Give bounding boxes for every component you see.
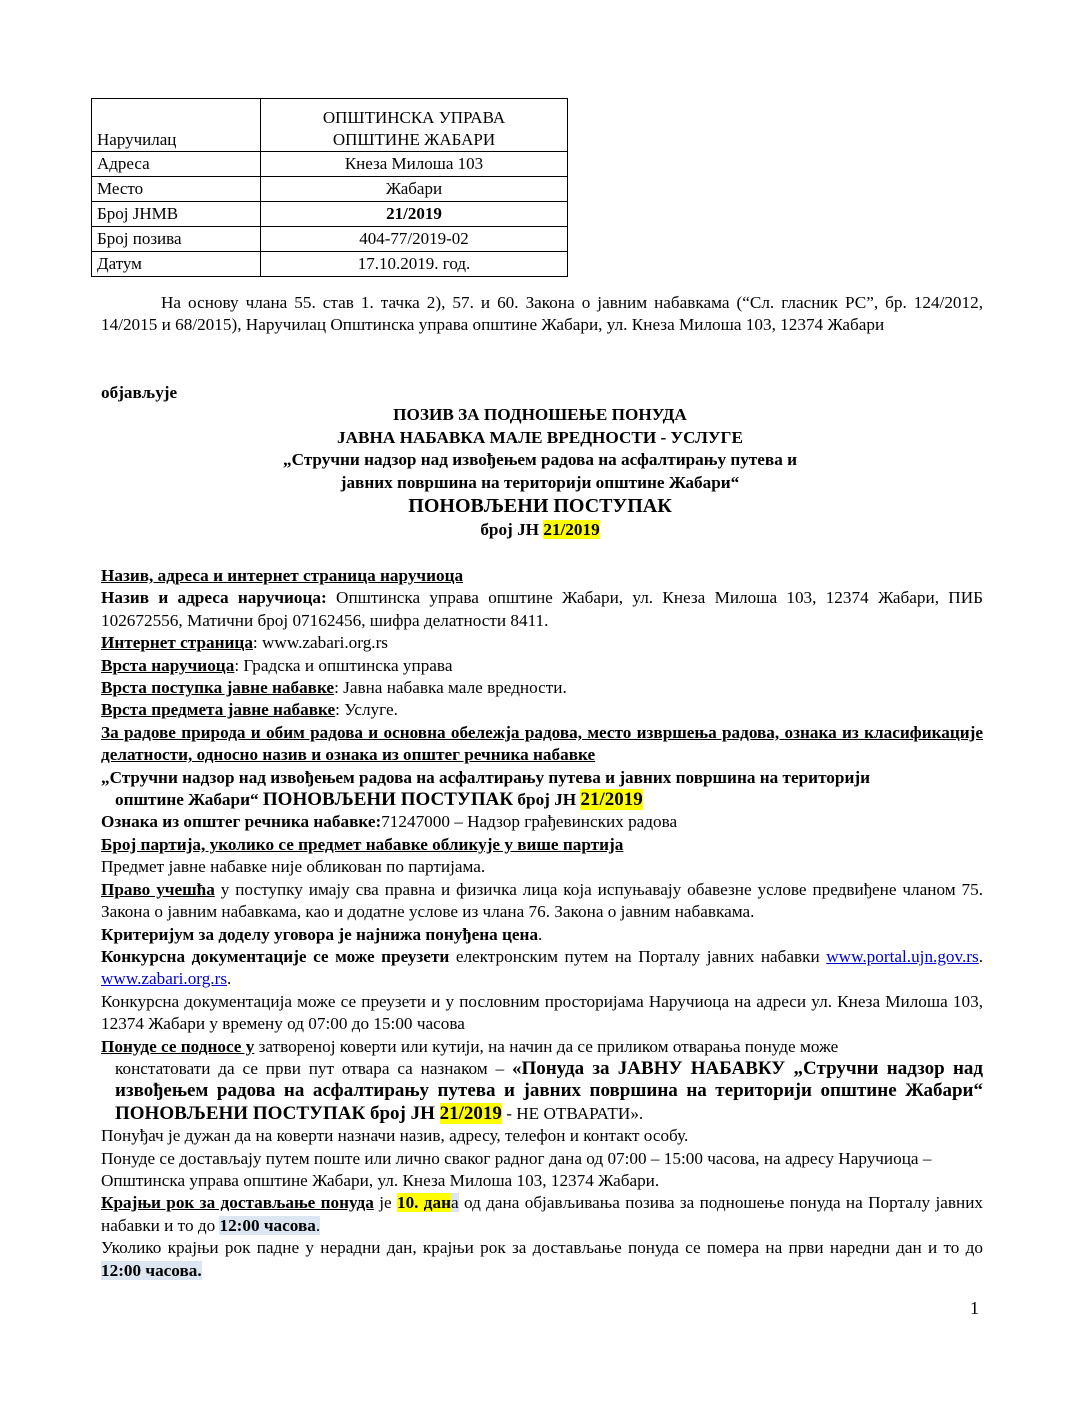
row-label: Адреса bbox=[92, 152, 261, 177]
field-value: : Услуге. bbox=[335, 700, 398, 719]
authority-type: Врста наручиоца: Градска и општинска упр… bbox=[101, 655, 983, 677]
marking-end: - НЕ ОТВАРАТИ». bbox=[502, 1104, 643, 1123]
subject-title: „Стручни надзор над извођењем радова на … bbox=[101, 767, 983, 812]
title-block: ПОЗИВ ЗА ПОДНОШЕЊЕ ПОНУДА ЈАВНА НАБАВКА … bbox=[230, 404, 850, 542]
table-row: Број позива 404-77/2019-02 bbox=[92, 227, 568, 252]
table-row: Датум 17.10.2019. год. bbox=[92, 252, 568, 277]
deadline-days-tail: а bbox=[451, 1193, 459, 1212]
row-value: Кнеза Милоша 103 bbox=[261, 152, 568, 177]
value-line: ОПШТИНСКА УПРАВА bbox=[323, 108, 505, 127]
title-line: јавних површина на територији општине Жа… bbox=[230, 472, 850, 495]
row-value: ОПШТИНСКА УПРАВА ОПШТИНЕ ЖАБАРИ bbox=[261, 99, 568, 152]
row-value: 21/2019 bbox=[261, 202, 568, 227]
title-prefix: број ЈН bbox=[480, 520, 543, 539]
website: Интернет страница: www.zabari.org.rs bbox=[101, 632, 983, 654]
subject-text: број ЈН bbox=[513, 790, 580, 809]
field-label: Врста предмета јавне набавке bbox=[101, 700, 335, 719]
row-label: Наручилац bbox=[92, 99, 261, 152]
portal-link[interactable]: www.portal.ujn.gov.rs bbox=[826, 947, 978, 966]
title-line: ПОЗИВ ЗА ПОДНОШЕЊЕ ПОНУДА bbox=[230, 404, 850, 427]
lots-heading: Број партија, уколико се предмет набавке… bbox=[101, 834, 983, 856]
criterion-text: Критеријум за доделу уговора је најнижа … bbox=[101, 925, 538, 944]
announces-label: објављује bbox=[101, 382, 983, 404]
subject-line: „Стручни надзор над извођењем радова на … bbox=[101, 768, 870, 787]
website-link[interactable]: www.zabari.org.rs bbox=[101, 969, 227, 988]
title-line: број ЈН 21/2019 bbox=[230, 519, 850, 542]
criterion-end: . bbox=[538, 925, 542, 944]
field-label: Назив и адреса наручиоца: bbox=[101, 588, 327, 607]
subject-text: општине Жабари“ bbox=[115, 790, 263, 809]
separator: . bbox=[979, 947, 983, 966]
row-label: Датум bbox=[92, 252, 261, 277]
tender-docs-office: Конкурсна документација може се преузети… bbox=[101, 991, 983, 1036]
holiday-time: 12:00 часова. bbox=[101, 1261, 202, 1280]
deadline-days: 10. дан bbox=[397, 1193, 451, 1212]
award-criterion: Критеријум за доделу уговора је најнижа … bbox=[101, 924, 983, 946]
title-line: ЈАВНА НАБАВКА МАЛЕ ВРЕДНОСТИ - УСЛУГЕ bbox=[230, 427, 850, 450]
field-label: Интернет страница bbox=[101, 633, 253, 652]
holiday-rule: Уколико крајњи рок падне у нерадни дан, … bbox=[101, 1237, 983, 1282]
submission-marking: констатовати да се први пут отвара са на… bbox=[101, 1058, 983, 1125]
field-value: : www.zabari.org.rs bbox=[253, 633, 388, 652]
contracting-authority: Назив и адреса наручиоца: Општинска упра… bbox=[101, 587, 983, 632]
field-value: 71247000 – Надзор грађевинских радова bbox=[381, 812, 677, 831]
field-value: у поступку имају сва правна и физичка ли… bbox=[101, 880, 983, 921]
page-number: 1 bbox=[970, 1298, 979, 1319]
holiday-text: Уколико крајњи рок падне у нерадни дан, … bbox=[101, 1238, 983, 1257]
body-content: Назив, адреса и интернет страница наручи… bbox=[101, 565, 983, 1282]
table-row: Адреса Кнеза Милоша 103 bbox=[92, 152, 568, 177]
table-row: Наручилац ОПШТИНСКА УПРАВА ОПШТИНЕ ЖАБАР… bbox=[92, 99, 568, 152]
field-label: Врста поступка јавне набавке bbox=[101, 678, 334, 697]
subject-type: Врста предмета јавне набавке: Услуге. bbox=[101, 699, 983, 721]
delivery-note: Понуде се достављају путем поште или лич… bbox=[101, 1148, 983, 1193]
deadline-time: 12:00 часова bbox=[219, 1216, 315, 1235]
field-label: Врста наручиоца bbox=[101, 656, 234, 675]
title-line: „Стручни надзор над извођењем радова на … bbox=[230, 449, 850, 472]
section-heading: Назив, адреса и интернет страница наручи… bbox=[101, 565, 983, 587]
procedure-type: Врста поступка јавне набавке: Јавна наба… bbox=[101, 677, 983, 699]
tender-docs: Конкурсна документације се може преузети… bbox=[101, 946, 983, 991]
deadline-text: је bbox=[374, 1193, 397, 1212]
works-heading: За радове природа и обим радова и основн… bbox=[101, 722, 983, 767]
deadline-end: . bbox=[316, 1216, 320, 1235]
highlighted-number: 21/2019 bbox=[543, 520, 599, 539]
row-value: 404-77/2019-02 bbox=[261, 227, 568, 252]
highlighted-number: 21/2019 bbox=[440, 1103, 502, 1124]
row-label: Место bbox=[92, 177, 261, 202]
subject-text: ПОНОВЉЕНИ ПОСТУПАК bbox=[263, 789, 513, 810]
submission: Понуде се подносе у затвореној коверти и… bbox=[101, 1036, 983, 1058]
row-value: Жабари bbox=[261, 177, 568, 202]
lots-text: Предмет јавне набавке није обликован по … bbox=[101, 856, 983, 878]
table-row: Број ЈНМВ 21/2019 bbox=[92, 202, 568, 227]
row-value: 17.10.2019. год. bbox=[261, 252, 568, 277]
row-label: Број ЈНМВ bbox=[92, 202, 261, 227]
field-label: Право учешћа bbox=[101, 880, 215, 899]
intro-paragraph: На основу члана 55. став 1. тачка 2), 57… bbox=[101, 292, 983, 337]
subject-line: општине Жабари“ ПОНОВЉЕНИ ПОСТУПАК број … bbox=[101, 790, 643, 809]
deadline: Крајњи рок за достављање понуда је 10. д… bbox=[101, 1192, 983, 1237]
field-label: Крајњи рок за достављање понуда bbox=[101, 1193, 374, 1212]
header-table: Наручилац ОПШТИНСКА УПРАВА ОПШТИНЕ ЖАБАР… bbox=[91, 98, 568, 277]
field-value: електронским путем на Порталу јавних наб… bbox=[449, 947, 826, 966]
field-value: затвореној коверти или кутији, на начин … bbox=[254, 1037, 838, 1056]
field-label: Понуде се подносе у bbox=[101, 1037, 254, 1056]
field-value: : Градска и општинска управа bbox=[234, 656, 452, 675]
marking-intro: констатовати да се први пут отвара са на… bbox=[115, 1059, 512, 1078]
period: . bbox=[227, 969, 231, 988]
row-label: Број позива bbox=[92, 227, 261, 252]
document-page: Наручилац ОПШТИНСКА УПРАВА ОПШТИНЕ ЖАБАР… bbox=[0, 0, 1088, 1408]
highlighted-number: 21/2019 bbox=[580, 789, 642, 810]
bidder-note: Понуђач је дужан да на коверти назначи н… bbox=[101, 1125, 983, 1147]
field-label: Конкурсна документације се може преузети bbox=[101, 947, 449, 966]
cpv-code: Ознака из општег речника набавке:7124700… bbox=[101, 811, 983, 833]
value-line: ОПШТИНЕ ЖАБАРИ bbox=[333, 130, 495, 149]
participation-rights: Право учешћа у поступку имају сва правна… bbox=[101, 879, 983, 924]
table-row: Место Жабари bbox=[92, 177, 568, 202]
field-label: Ознака из општег речника набавке: bbox=[101, 812, 381, 831]
title-line: ПОНОВЉЕНИ ПОСТУПАК bbox=[230, 494, 850, 519]
field-value: : Јавна набавка мале вредности. bbox=[334, 678, 567, 697]
